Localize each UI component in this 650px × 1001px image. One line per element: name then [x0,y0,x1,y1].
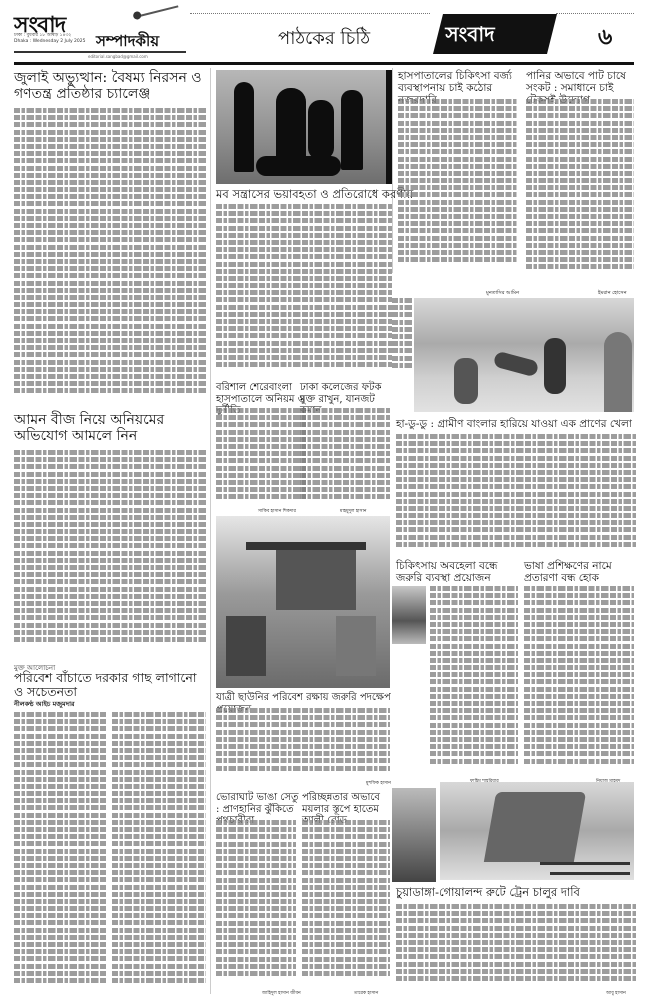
byline: মুশফিক হাসান [366,780,391,787]
headline-mob-violence[interactable]: মব সন্ত্রাসের ভয়াবহতা ও প্রতিরোধে করণীয… [216,188,416,201]
editorial-email[interactable]: editorial.sangbad@gmail.com [88,54,148,59]
article-body [526,99,634,284]
article-body [216,204,392,374]
dateline: ঢাকা : বুধবার ১৮ আষাঢ় ১৪৩২ Dhaka : Wedn… [14,33,86,45]
byline: মাহমুদুল হাসান [340,508,366,515]
article-body [430,586,518,776]
byline: আবু হাসান [606,990,626,997]
article-body [112,712,206,994]
article-body [396,904,636,988]
masthead: সংবাদ ঢাকা : বুধবার ১৮ আষাঢ় ১৪৩২ Dhaka … [0,0,650,62]
dotted-divider [190,13,430,14]
opinion-byline: নীলকণ্ঠ আইচ মজুমদার [14,699,75,710]
column-divider [210,68,211,994]
headline-hadudu[interactable]: হা-ডু-ডু : গ্রামীণ বাংলার হারিয়ে যাওয়া… [396,418,640,430]
date-english: Dhaka : Wednesday 2 July 2025 [14,39,86,45]
byline: সাকিব হাসান শিকদার [258,508,296,515]
headline-environment[interactable]: পরিবেশ বাঁচাতে দরকার গাছ লাগানো ও সচেতনত… [14,671,206,700]
article-body [14,712,106,994]
article-body [216,708,390,778]
article-body [396,434,636,554]
quill-pen-icon [139,5,181,26]
article-body [300,408,390,508]
section-underline [14,51,186,53]
byline: তারেক হাসান [354,990,378,997]
article-body [14,450,206,650]
byline: জাহিদুল হাসান জীবন [262,990,301,997]
photo-edge [386,70,392,184]
article-body [524,586,634,776]
header-rule [14,62,634,65]
headline-july-uprising[interactable]: জুলাই অভ্যুত্থান: বৈষম্য নিরসন ও গণতন্ত্… [14,70,206,102]
byline: মুনতাসির আমিন [486,290,519,298]
article-body [398,99,518,271]
headline-aman-seed[interactable]: আমন বীজ নিয়ে অনিয়মের অভিযোগ আমলে নিন [14,412,206,444]
kabaddi-photo [414,298,634,412]
headline-train-demand[interactable]: চুয়াডাঙ্গা-গোয়ালন্দ রুটে ট্রেন চালুর দ… [396,886,640,899]
mob-violence-photo [216,70,386,184]
headline-language-training[interactable]: ভাষা প্রশিক্ষণের নামে প্রতারণা বন্ধ হোক [524,560,636,584]
side-photo [392,586,426,644]
newspaper-logo-inverse: সংবাদ [433,14,557,54]
letters-section-title: পাঠকের চিঠি [278,24,370,55]
article-body [216,820,296,988]
byline: ইমরান হোসেন [598,290,627,298]
article-body [216,408,306,508]
headline-treatment-neglect[interactable]: চিকিৎসায় অবহেলা বন্ধে জরুরি ব্যবস্থা প্… [396,560,516,584]
article-body [14,108,206,398]
article-body [302,820,390,988]
column-divider [392,68,393,273]
train-photo [440,782,634,880]
article-body [392,298,412,408]
waiting-shed-photo [216,516,390,688]
page-number: ৬ [598,20,612,57]
side-photo [392,788,436,882]
dotted-divider [556,13,634,14]
